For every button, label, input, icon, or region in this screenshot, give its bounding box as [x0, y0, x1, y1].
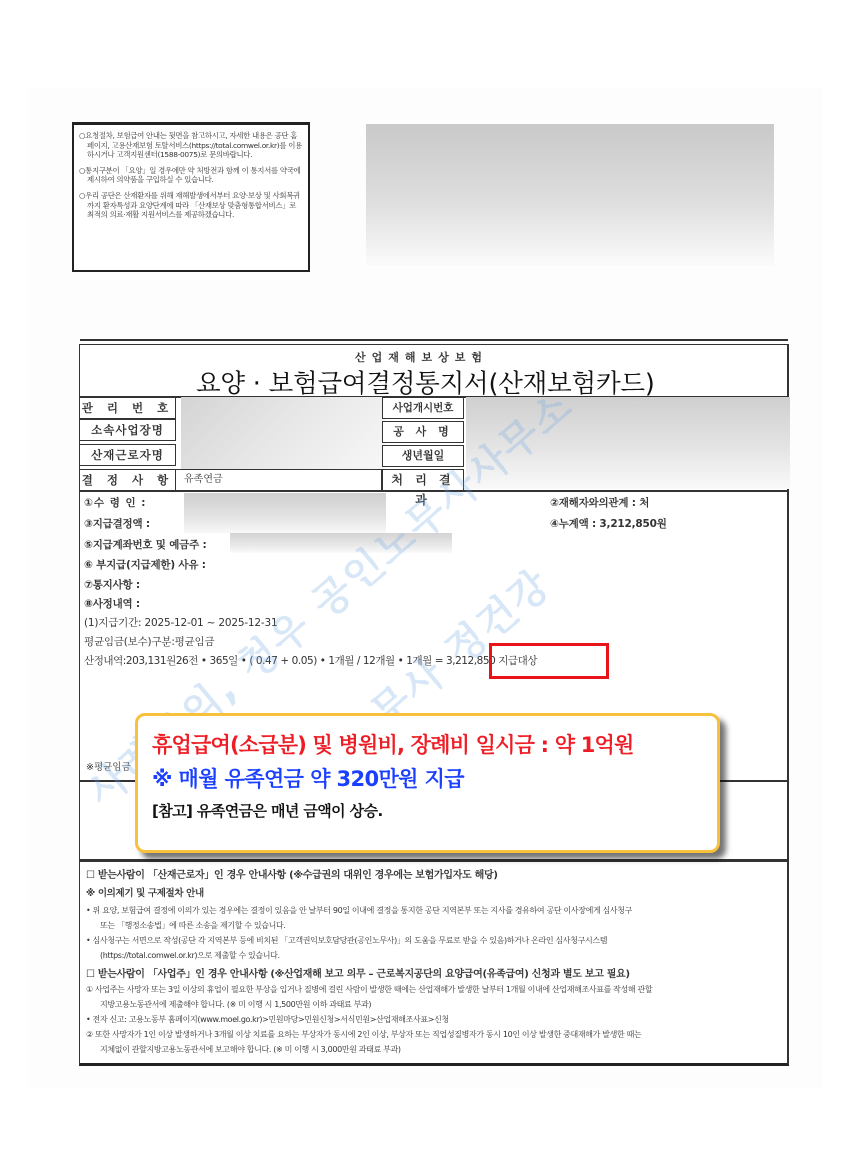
guidance-paragraph: ○통지구분이 「요양」일 경우에만 약 처방전과 함께 이 통지서를 약국에 제… [79, 166, 303, 185]
form-title: 요양 · 보험급여결정통지서(산재보험카드) [196, 364, 655, 400]
employer-notice-heading: ☐ 받는사람이 「사업주」인 경우 안내사항 (※산업재해 보고 의무 – 근로… [86, 965, 630, 980]
label-workplace: 소속사업장명 [80, 419, 176, 441]
label-result: 처 리 결 과 [382, 469, 464, 491]
relation-to-victim: ②재해자와의관계 : 처 [550, 495, 649, 510]
decision-value: 유족연금 [176, 469, 382, 491]
header-bottom-rule [80, 490, 788, 492]
label-worker: 산재근로자명 [80, 444, 176, 466]
label-birth-date: 생년월일 [382, 445, 464, 467]
redacted-header-values-right [466, 397, 790, 489]
callout-lump-sum: 휴업급여(소급분) 및 병원비, 장례비 일시금 : 약 1억원 [152, 730, 717, 760]
employer-text: • 전자 신고: 고용노동부 홈페이지(www.moel.go.kr)>민원마당… [86, 1014, 449, 1025]
appeal-text: • 위 요양, 보험급여 결정에 이의가 있는 경우에는 결정이 있음을 안 날… [86, 905, 632, 916]
recipient-label: ①수 령 인 : [84, 495, 147, 510]
redacted-recipient-info [184, 493, 386, 533]
label-business-start-no: 사업개시번호 [382, 397, 464, 419]
redacted-header-values [181, 397, 385, 469]
worker-notice-heading: ☐ 받는사람이 「산재근로자」인 경우 안내사항 (※수급권의 대위인 경우에는… [86, 866, 498, 881]
guidance-info-box: ○요청절차, 보험급여 안내는 뒷면을 참고하시고, 자세한 내용은 공단 홈페… [72, 122, 310, 272]
account-label: ⑤지급계좌번호 및 예금주 : [84, 537, 207, 552]
summary-callout: 휴업급여(소급분) 및 병원비, 장례비 일시금 : 약 1억원 ※ 매월 유족… [135, 713, 720, 853]
guidance-paragraph: ○우리 공단은 산재환자를 위해 재해발생에서부터 요양·보상 및 사회복귀까지… [79, 191, 303, 220]
form-subtitle: 산업재해보상보험 [355, 349, 488, 365]
calc-details-label: ⑧사정내역 : [84, 596, 140, 611]
wage-type: 평균임금(보수)구분:평균임금 [84, 634, 214, 649]
guidance-paragraph: ○요청절차, 보험급여 안내는 뒷면을 참고하시고, 자세한 내용은 공단 홈페… [79, 131, 303, 160]
form-top-rule [80, 339, 788, 341]
payment-period: (1)지급기간: 2025-12-01 ~ 2025-12-31 [84, 615, 277, 630]
employer-text: 지방고용노동관서에 제출해야 합니다. (※ 미 이행 시 1,500만원 이하… [100, 999, 371, 1010]
label-construction-name: 공 사 명 [382, 421, 464, 443]
employer-text: 지체없이 관할지방고용노동관서에 보고해야 합니다. (※ 미 이행 시 3,0… [100, 1044, 401, 1055]
total-amount: ④누계액 : 3,212,850원 [550, 516, 667, 531]
appeal-heading: ※ 이의제기 및 구제절차 안내 [86, 885, 204, 899]
redacted-address-area [366, 124, 774, 266]
confirmed-amount-label: ③지급결정액 : [84, 516, 150, 531]
nonpayment-reason-label: ⑥ 부지급(지급제한) 사유 : [84, 557, 206, 572]
notice-section-rule [80, 859, 788, 862]
employer-text: ② 또한 사망자가 1인 이상 발생하거나 3개월 이상 치료를 요하는 부상자… [86, 1029, 641, 1040]
label-management-no: 관 리 번 호 [80, 397, 176, 419]
avg-wage-note: ※평균임금 [86, 759, 131, 773]
employer-text: ① 사업주는 사망자 또는 3일 이상의 휴업이 필요한 부상을 입거나 질병에… [86, 984, 652, 995]
callout-reference-note: [참고] 유족연금은 매년 금액이 상승. [152, 799, 717, 823]
callout-monthly-pension: ※ 매월 유족연금 약 320만원 지급 [152, 763, 717, 795]
label-decision: 결 정 사 항 [80, 469, 176, 491]
calculation-details: 산정내역:203,131원26전 • 365일 • ( 0.47 + 0.05)… [84, 653, 537, 668]
notice-items-label: ⑦통지사항 : [84, 577, 140, 592]
appeal-text: (https://total.comwel.or.kr)으로 제출할 수 있습니… [100, 950, 280, 961]
amount-highlight-box [489, 643, 609, 679]
appeal-text: • 심사청구는 서면으로 작성(공단 각 지역본부 등에 비치된 「고객권익보호… [86, 935, 607, 946]
redacted-account-info [230, 533, 452, 553]
appeal-text: 또는 「행정소송법」에 따른 소송을 제기할 수 있습니다. [100, 920, 286, 931]
